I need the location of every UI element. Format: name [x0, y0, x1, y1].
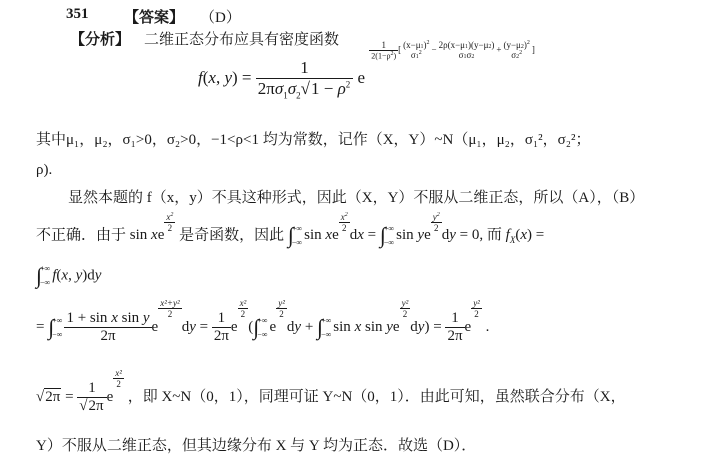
analysis-label: 【分析】 [70, 28, 130, 49]
conclusion-math: √2π = 1√2πex²2 [36, 389, 124, 405]
derivation-line: = ∫+∞−∞1 + sin x sin y2πex²+y²2dy = 12πe… [36, 310, 489, 345]
answer-label: 【答案】 [124, 6, 184, 27]
question-number: 351 [66, 6, 89, 23]
analysis-intro: 二维正态分布应具有密度函数 [144, 28, 339, 49]
params-line-2: ρ). [36, 162, 52, 179]
params-line-1: 其中μ₁，μ₂，σ₁>0，σ₂>0，−1<ρ<1 均为常数，记作（X，Y）~N（… [36, 128, 591, 149]
reasoning-prefix: 不正确．由于 [36, 227, 126, 243]
density-coefficient: 1 2πσ1σ2√1 − ρ2 [256, 58, 353, 100]
reasoning-suffix: 而 fX(x) = [487, 227, 544, 243]
answer-value: （D） [200, 6, 241, 27]
integral-identity: ∫+∞−∞sin xex22dx = ∫+∞−∞sin yey22dy = 0, [288, 227, 487, 243]
reasoning-mid: 是奇函数，因此 [179, 227, 284, 243]
reasoning-line-3: ∫+∞−∞f(x, y)dy [36, 262, 101, 290]
conclusion-text: ，即 X~N（0，1），同理可证 Y~N（0，1）．由此可知，虽然联合分布（X， [128, 389, 626, 405]
reasoning-line-2: 不正确．由于 sin xex22 是奇函数，因此 ∫+∞−∞sin xex22d… [36, 222, 544, 250]
odd-function: sin xex22 [130, 227, 176, 243]
density-base-e: e [357, 68, 365, 87]
density-formula: f(x, y) = 1 2πσ1σ2√1 − ρ2 e 12(1−ρ2)[(x−… [198, 58, 535, 100]
conclusion-line-2: Y）不服从二维正态，但其边缘分布 X 与 Y 均为正态．故选（D）． [36, 434, 476, 455]
reasoning-line-1: 显然本题的 f（x，y）不具这种形式，因此（X，Y）不服从二维正态，所以（A），… [68, 186, 644, 207]
density-exponent: 12(1−ρ2)[(x−μ1)2σ12−2ρ(x−μ1)(y−μ2)σ1σ2+(… [369, 40, 535, 61]
density-lhs: f [198, 68, 203, 87]
conclusion-line-1: √2π = 1√2πex²2 ，即 X~N（0，1），同理可证 Y~N（0，1）… [36, 380, 626, 415]
